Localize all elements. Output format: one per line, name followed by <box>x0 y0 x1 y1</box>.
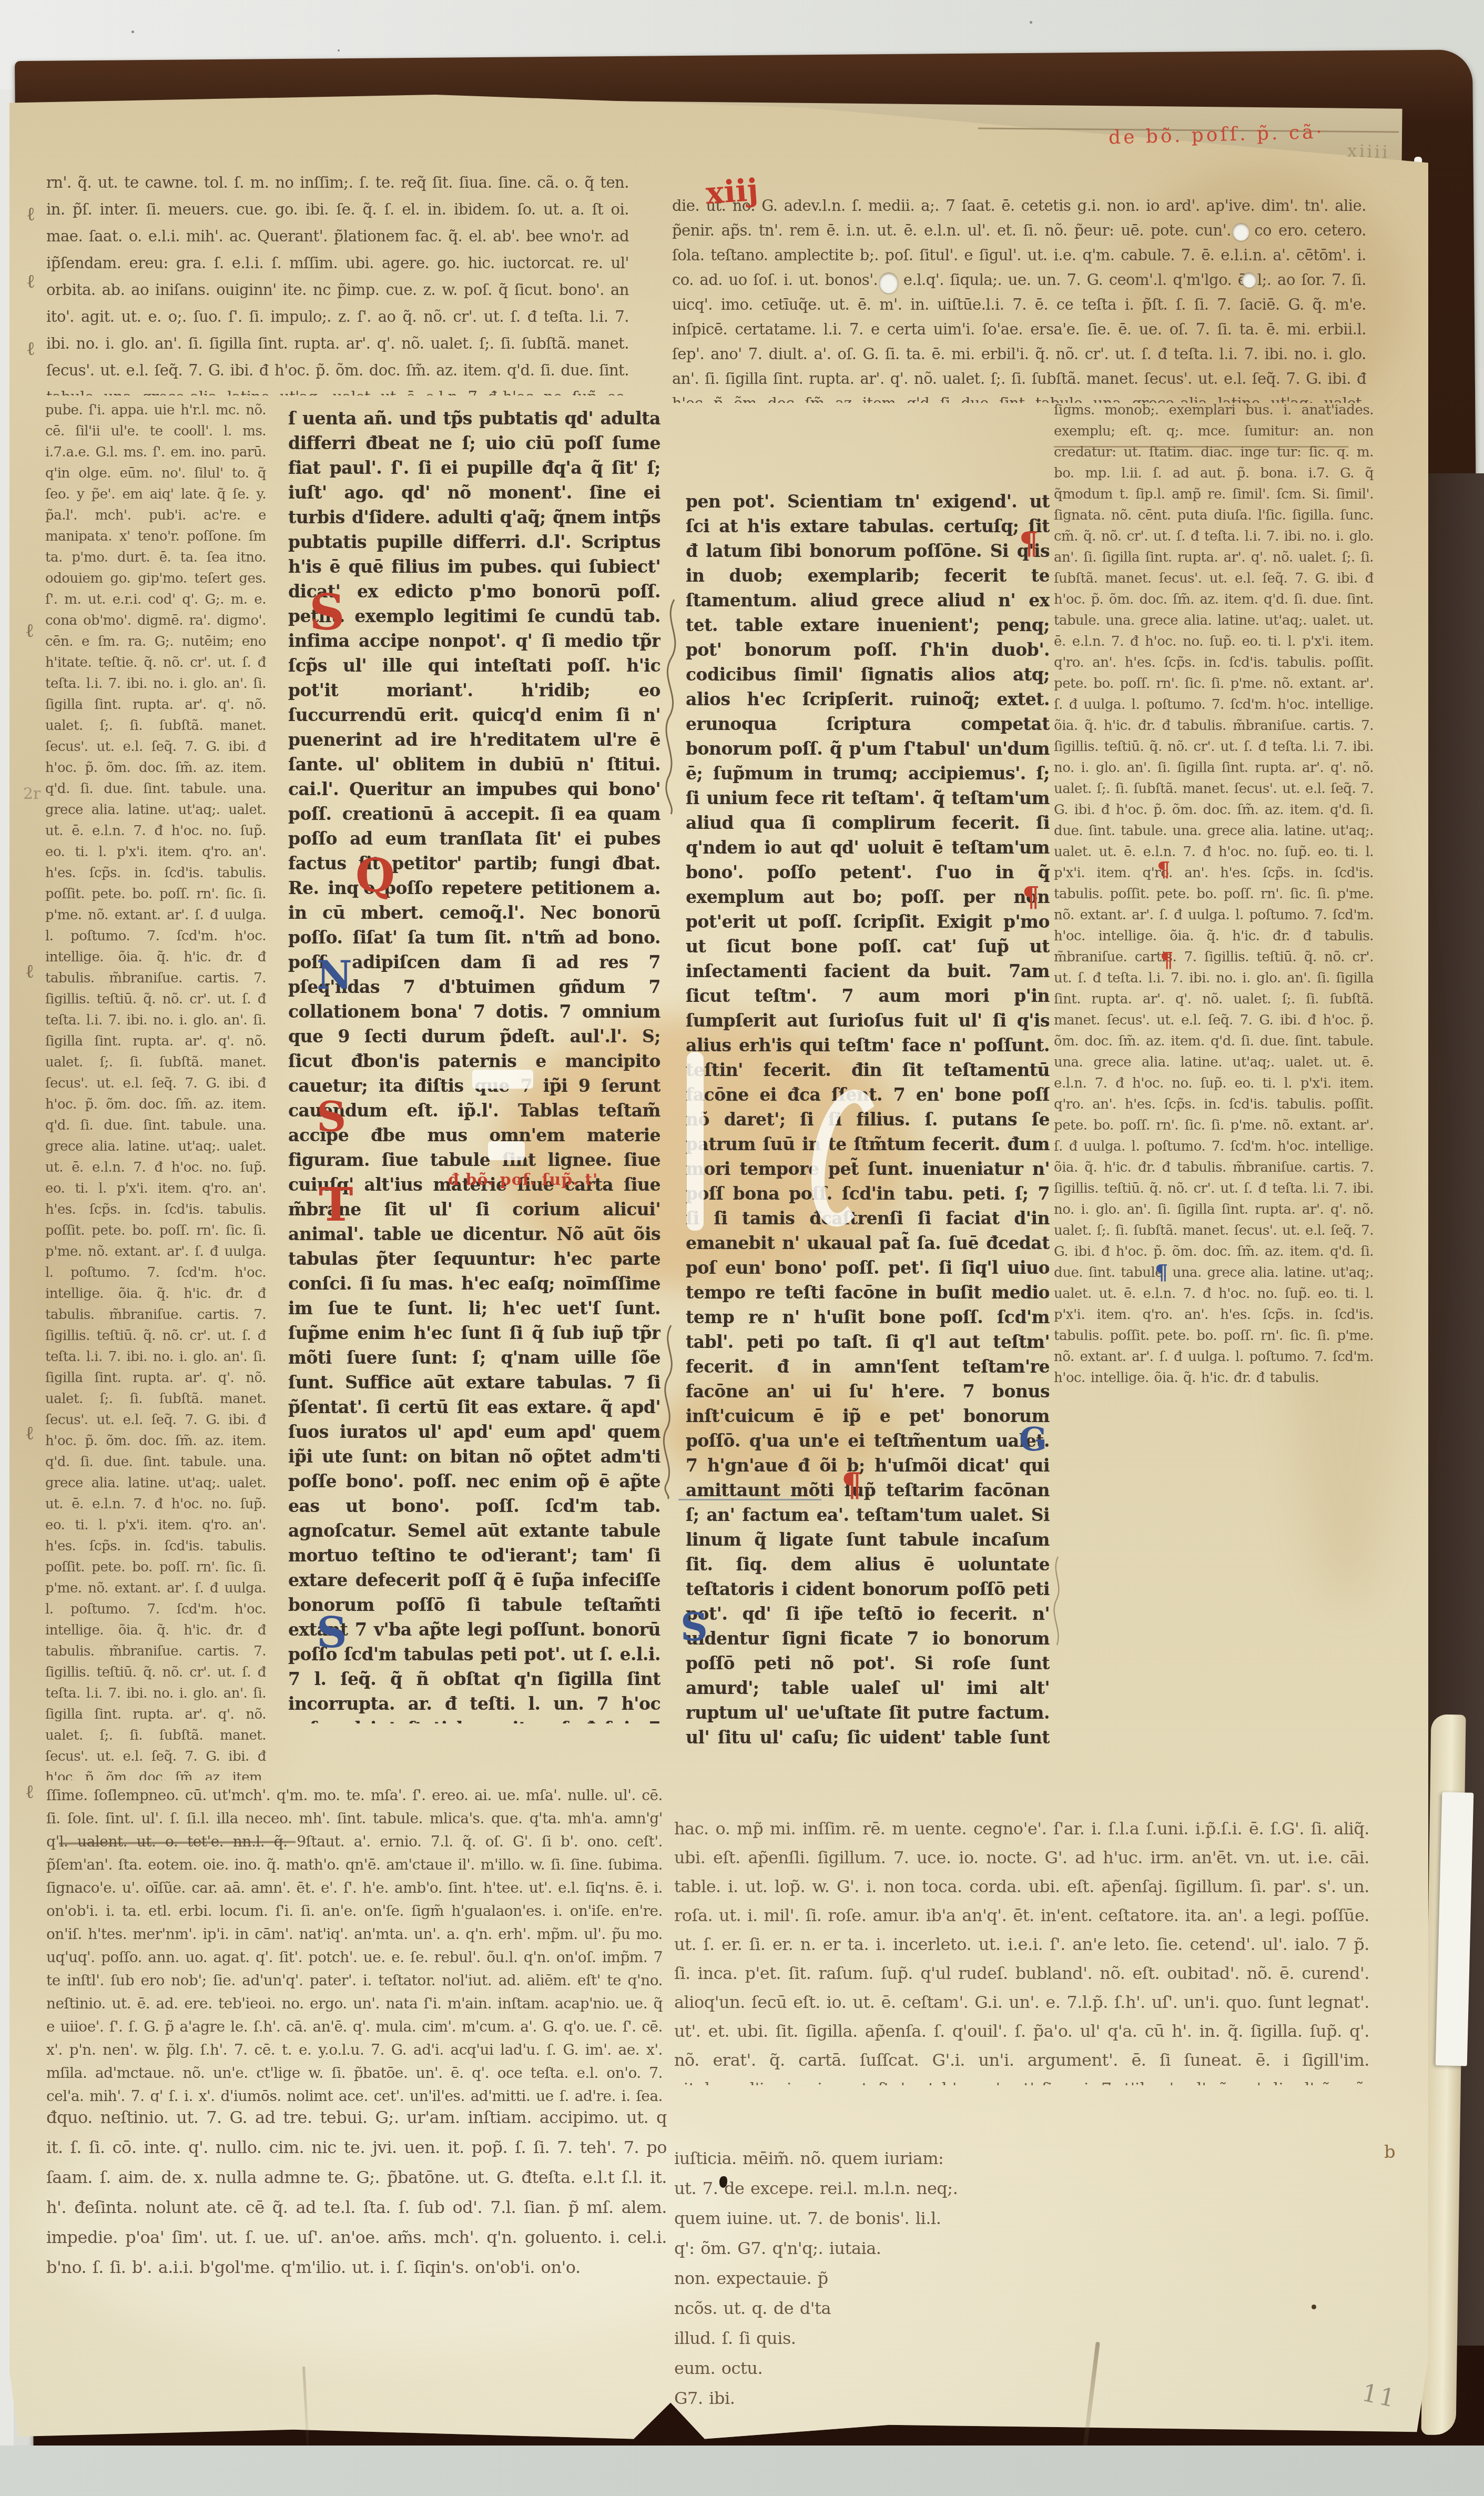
white-patch <box>472 1070 533 1089</box>
ink-speck <box>1312 2305 1316 2309</box>
pilcrow-red-3: ¶ <box>841 1468 862 1501</box>
initial-S-red-2: S <box>317 1097 346 1138</box>
margin-paragraph-mark: ℓ <box>25 960 34 982</box>
gloss-pilcrow-blue: ¶ <box>1155 1262 1168 1283</box>
white-patch-bar <box>687 1052 704 1231</box>
gloss-pilcrow-red: ¶ <box>1157 859 1170 880</box>
margin-paragraph-mark: ℓ <box>26 338 35 360</box>
quire-mark: 2r <box>23 785 40 803</box>
bottom-gloss-center-column: iuſticia. mēim̃. nõ. quem iuriam: ut. 7.… <box>674 2144 1058 2428</box>
wormhole <box>879 272 898 293</box>
dust-speck <box>1030 21 1032 24</box>
margin-paragraph-mark: ℓ <box>26 270 35 292</box>
bottom-gloss-left-lower: đquo. neſtinio. ut. 7. G. ad tre. tebui.… <box>46 2103 667 2387</box>
gloss-tie-mark <box>658 600 690 815</box>
wormhole <box>1233 223 1249 241</box>
gloss-tie-mark <box>656 1325 685 1499</box>
margin-paragraph-mark: ℓ <box>25 1781 34 1803</box>
dust-speck <box>338 49 340 52</box>
left-margin-gloss: pube. ſ'i. appa. uie h'r.l. mc. nõ. cē. … <box>45 400 266 1780</box>
manuscript-photo: rn'. q̃. ut. te cawne. tol. ſ. m. no inſ… <box>0 0 1484 2496</box>
bottom-gloss-left-upper: ſſime. ſoſlempneo. cū. ut'mch'. q'm. mo.… <box>46 1784 663 2102</box>
margin-paragraph-mark: ℓ <box>26 203 35 225</box>
top-gloss-right: die. ut. no. G. adev.l.n. ſ. medii. a;. … <box>672 194 1366 403</box>
red-rubric-line: đ bõ. poſ. ſup̃. t' <box>448 1171 669 1189</box>
pilcrow-red-2: ¶ <box>1022 884 1040 911</box>
initial-G-blue: G <box>1019 1423 1047 1456</box>
photo-background-bottom <box>0 2446 1484 2496</box>
gloss-pilcrow-red-2: ¶ <box>1160 950 1173 971</box>
dust-speck <box>131 31 134 33</box>
bookmark-slip <box>1436 1792 1474 2066</box>
bottom-gloss-wide: hac. o. mp̃ mi. inſſim. rē. m uente. ceg… <box>674 1814 1369 2085</box>
gloss-underline <box>1054 446 1348 448</box>
initial-Q-red: Q <box>355 853 395 898</box>
folio-number-heading: xiij <box>705 172 759 211</box>
initial-S-blue: S <box>317 1611 347 1653</box>
pilcrow-red: ¶ <box>1019 528 1039 559</box>
wormhole <box>1242 272 1256 288</box>
blue-underline <box>678 1499 821 1500</box>
white-patch <box>488 1141 525 1160</box>
initial-N-blue: N <box>317 956 352 995</box>
initial-T-red: T <box>319 1181 353 1227</box>
corner-letter-mark: b <box>1384 2142 1396 2163</box>
initial-S-blue-2: S <box>680 1608 708 1646</box>
edge-folio-note: xiiii <box>1347 140 1390 163</box>
margin-paragraph-mark: ℓ <box>25 620 34 642</box>
initial-S-red: S <box>309 588 345 637</box>
top-gloss-left: rn'. q̃. ut. te cawne. tol. ſ. m. no inſ… <box>46 169 629 395</box>
right-margin-gloss: ſigms. monob;. exemplari bus. i. anat'ia… <box>1054 400 1374 1822</box>
gloss-tie-mark <box>1048 1557 1069 1646</box>
margin-paragraph-mark: ℓ <box>25 1422 34 1444</box>
